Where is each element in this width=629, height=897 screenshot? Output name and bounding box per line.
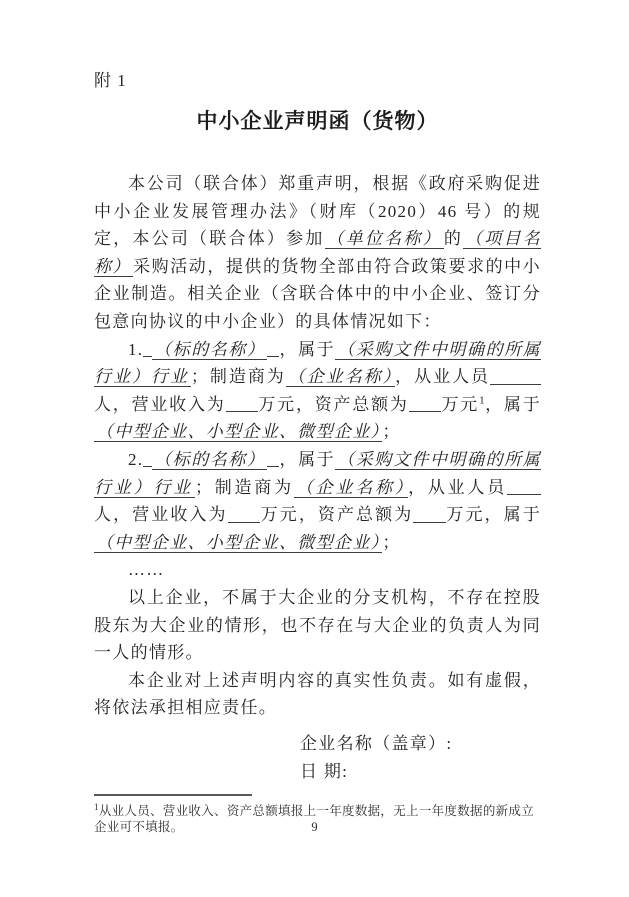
paragraph-intro: 本公司（联合体）郑重声明，根据《政府采购促进中小企业发展管理办法》（财库（202… <box>94 170 541 336</box>
placeholder-text: （企业名称） <box>294 478 408 498</box>
placeholder-text: （中型企业、小型企业、微型企业） <box>94 533 382 553</box>
text-segment: 万元，资产总额为 <box>258 395 409 414</box>
paragraph-item-2: 2.（标的名称），属于（采购文件中明确的所属行业）行业；制造商为（企业名称），从… <box>94 446 541 556</box>
company-seal-line: 企业名称（盖章）: <box>300 730 541 758</box>
text-segment: 万元 <box>441 395 479 414</box>
text-segment: 以上企业，不属于大企业的分支机构，不存在控股股东为大企业的情形，也不存在与大企业… <box>94 588 541 662</box>
text-segment: 人，营业收入为 <box>94 505 228 524</box>
text-segment: 本企业对上述声明内容的真实性负责。如有虚假，将依法承担相应责任。 <box>94 671 541 718</box>
text-segment: 万元，属于 <box>446 505 541 524</box>
placeholder-text: （标的名称） <box>152 340 268 360</box>
paragraph-no-large-enterprise: 以上企业，不属于大企业的分支机构，不存在控股股东为大企业的情形，也不存在与大企业… <box>94 584 541 667</box>
text-segment: ，属于 <box>485 395 541 414</box>
page-number: 9 <box>0 820 629 835</box>
text-segment: 人，营业收入为 <box>94 395 226 414</box>
text-segment: 2. <box>128 450 143 469</box>
text-segment: 的 <box>444 229 463 248</box>
text-segment: 采购活动，提供的货物全部由符合政策要求的中小企业制造。相关企业（含联合体中的中小… <box>94 257 541 331</box>
fill-in-blank <box>143 447 152 467</box>
fill-in-blank <box>228 502 260 522</box>
text-segment: ；制造商为 <box>191 367 286 386</box>
page-title: 中小企业声明函（货物） <box>94 108 541 134</box>
text-segment: ； <box>382 422 400 441</box>
paragraph-ellipsis: …… <box>94 556 541 584</box>
text-segment: 万元，资产总额为 <box>260 505 413 524</box>
document-page: 附 1 中小企业声明函（货物） 本公司（联合体）郑重声明，根据《政府采购促进中小… <box>0 0 629 897</box>
text-segment: ；制造商为 <box>195 478 294 497</box>
placeholder-text: （单位名称） <box>325 229 444 249</box>
placeholder-text: （标的名称） <box>152 450 268 470</box>
fill-in-blank <box>409 392 441 412</box>
paragraph-responsibility: 本企业对上述声明内容的真实性负责。如有虚假，将依法承担相应责任。 <box>94 667 541 722</box>
fill-in-blank <box>490 365 541 385</box>
text-segment: ，属于 <box>279 450 335 469</box>
fill-in-blank <box>267 447 279 467</box>
fill-in-blank <box>267 337 279 357</box>
footnote-divider <box>94 794 252 796</box>
placeholder-text: （中型企业、小型企业、微型企业） <box>94 422 382 442</box>
paragraph-item-1: 1.（标的名称），属于（采购文件中明确的所属行业）行业；制造商为（企业名称），从… <box>94 336 541 446</box>
fill-in-blank <box>413 502 445 522</box>
placeholder-text: （企业名称） <box>286 367 395 387</box>
text-segment: 1. <box>128 340 143 359</box>
fill-in-blank <box>226 392 258 412</box>
text-segment: ； <box>382 533 400 552</box>
text-segment: …… <box>128 560 165 579</box>
document-body: 本公司（联合体）郑重声明，根据《政府采购促进中小企业发展管理办法》（财库（202… <box>94 170 541 722</box>
fill-in-blank <box>143 337 152 357</box>
attachment-label: 附 1 <box>94 70 541 92</box>
text-segment: ，从业人员 <box>395 367 490 386</box>
date-line: 日 期: <box>300 758 541 786</box>
text-segment: ，属于 <box>279 340 335 359</box>
fill-in-blank <box>507 475 541 495</box>
text-segment: ，从业人员 <box>408 478 507 497</box>
signature-block: 企业名称（盖章）: 日 期: <box>300 730 541 786</box>
